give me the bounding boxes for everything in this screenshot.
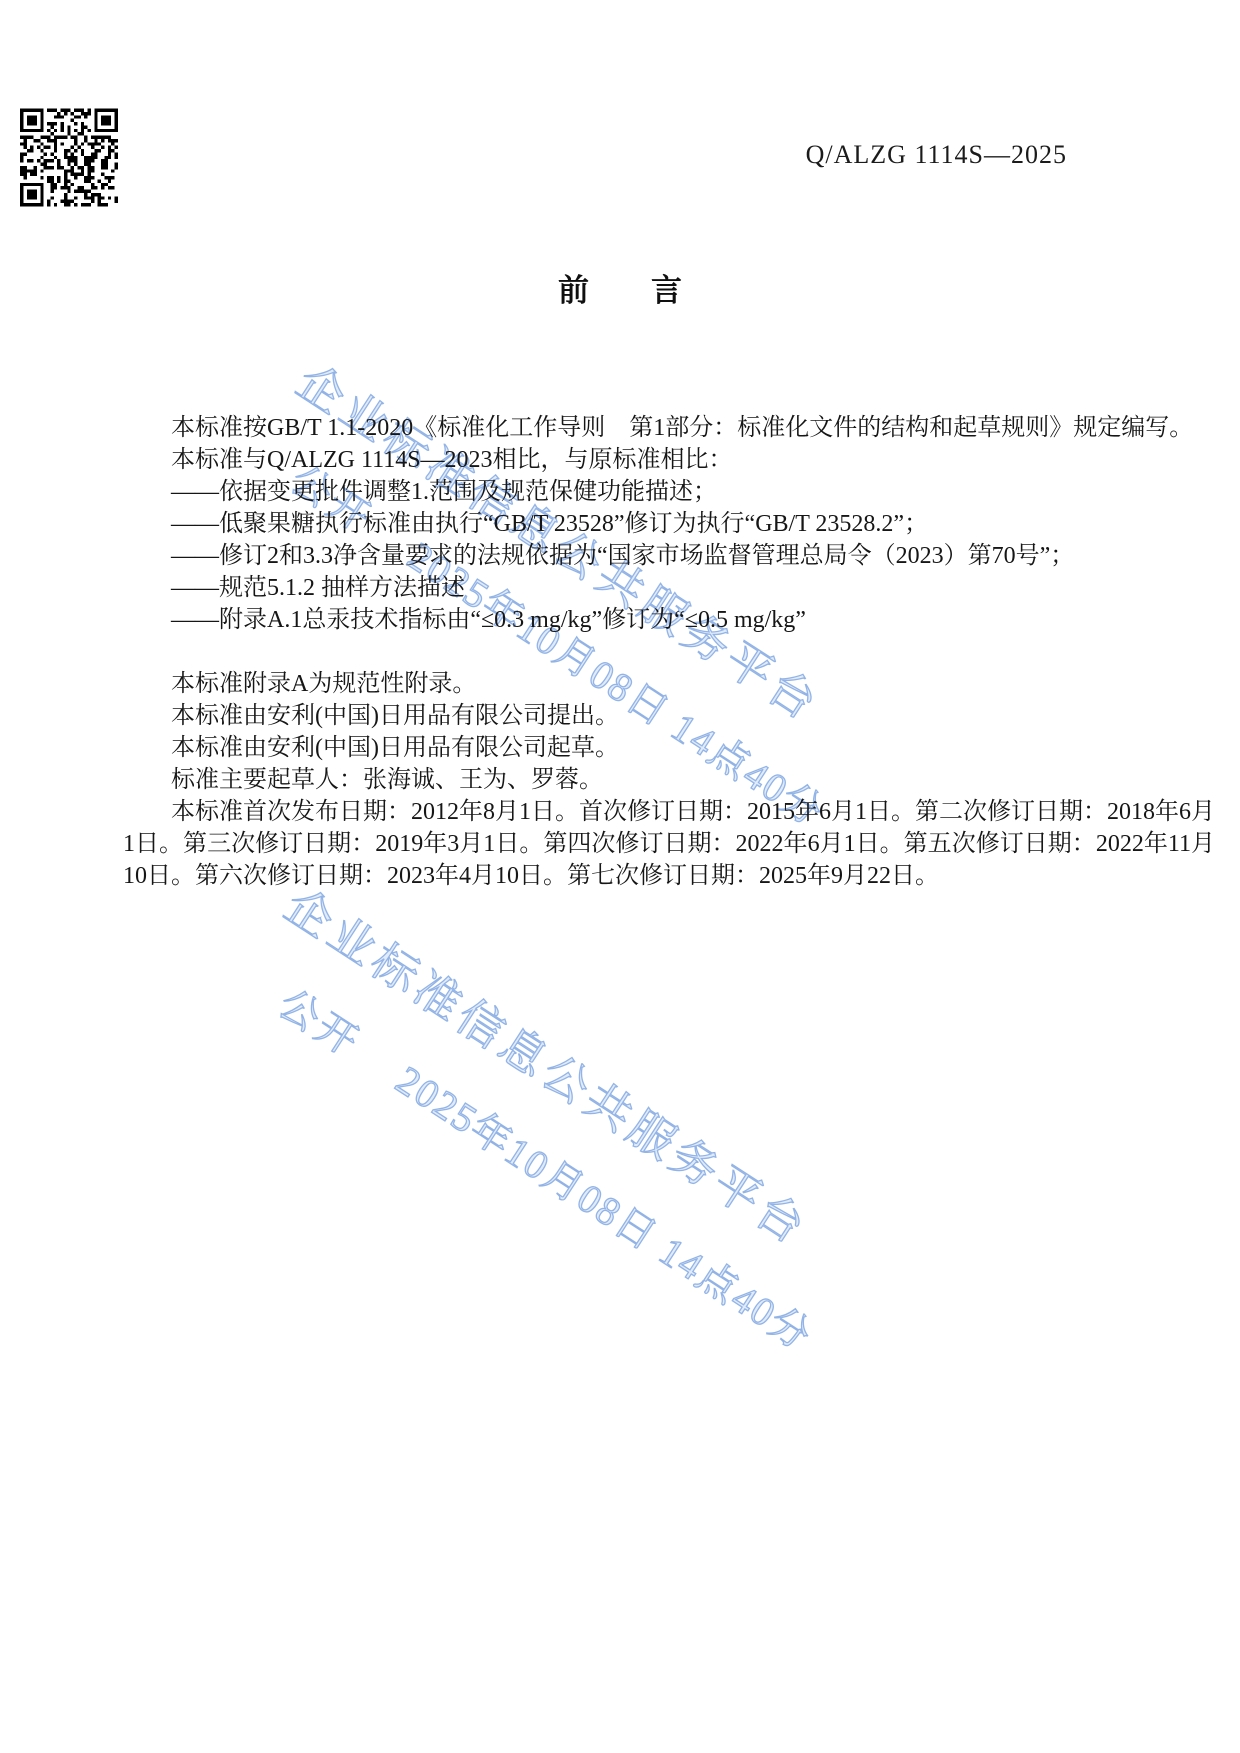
blank-line: [123, 636, 1215, 668]
change-item: ——附录A.1总汞技术指标由“≤0.3 mg/kg”修订为“≤0.5 mg/kg…: [123, 604, 1215, 636]
doc-number: Q/ALZG 1114S—2025: [806, 140, 1067, 170]
paragraph-compare: 本标准与Q/ALZG 1114S—2023相比，与原标准相比：: [123, 444, 1215, 476]
paragraph-proposed-by: 本标准由安利(中国)日用品有限公司提出。: [123, 700, 1215, 732]
document-page: 企业标准信息公共服务平台 公开 2025年10月08日 14点40分 企业标准信…: [0, 0, 1240, 1753]
paragraph-drafters: 标准主要起草人：张海诚、王为、罗蓉。: [123, 764, 1215, 796]
watermark-timestamp-text: 2025年10月08日 14点40分: [387, 1050, 826, 1362]
paragraph-drafted-by: 本标准由安利(中国)日用品有限公司起草。: [123, 732, 1215, 764]
qr-code-icon: [20, 108, 118, 207]
change-item: ——低聚果糖执行标准由执行“GB/T 23528”修订为执行“GB/T 2352…: [123, 508, 1215, 540]
paragraph-intro: 本标准按GB/T 1.1-2020《标准化工作导则 第1部分：标准化文件的结构和…: [123, 412, 1215, 444]
paragraph-appendix: 本标准附录A为规范性附录。: [123, 668, 1215, 700]
watermark-visibility-text: 公开: [269, 973, 374, 1069]
watermark-bottom: 企业标准信息公共服务平台 公开 2025年10月08日 14点40分: [229, 870, 875, 1362]
page-title: 前 言: [0, 265, 1240, 310]
change-item: ——依据变更批件调整1.范围及规范保健功能描述；: [123, 476, 1215, 508]
foreword-body: 本标准按GB/T 1.1-2020《标准化工作导则 第1部分：标准化文件的结构和…: [123, 412, 1215, 892]
watermark-platform-text: 企业标准信息公共服务平台: [274, 870, 875, 1292]
change-item: ——修订2和3.3净含量要求的法规依据为“国家市场监督管理总局令（2023）第7…: [123, 540, 1215, 572]
change-item: ——规范5.1.2 抽样方法描述: [123, 572, 1215, 604]
paragraph-history: 本标准首次发布日期：2012年8月1日。首次修订日期：2015年6月1日。第二次…: [123, 796, 1215, 892]
